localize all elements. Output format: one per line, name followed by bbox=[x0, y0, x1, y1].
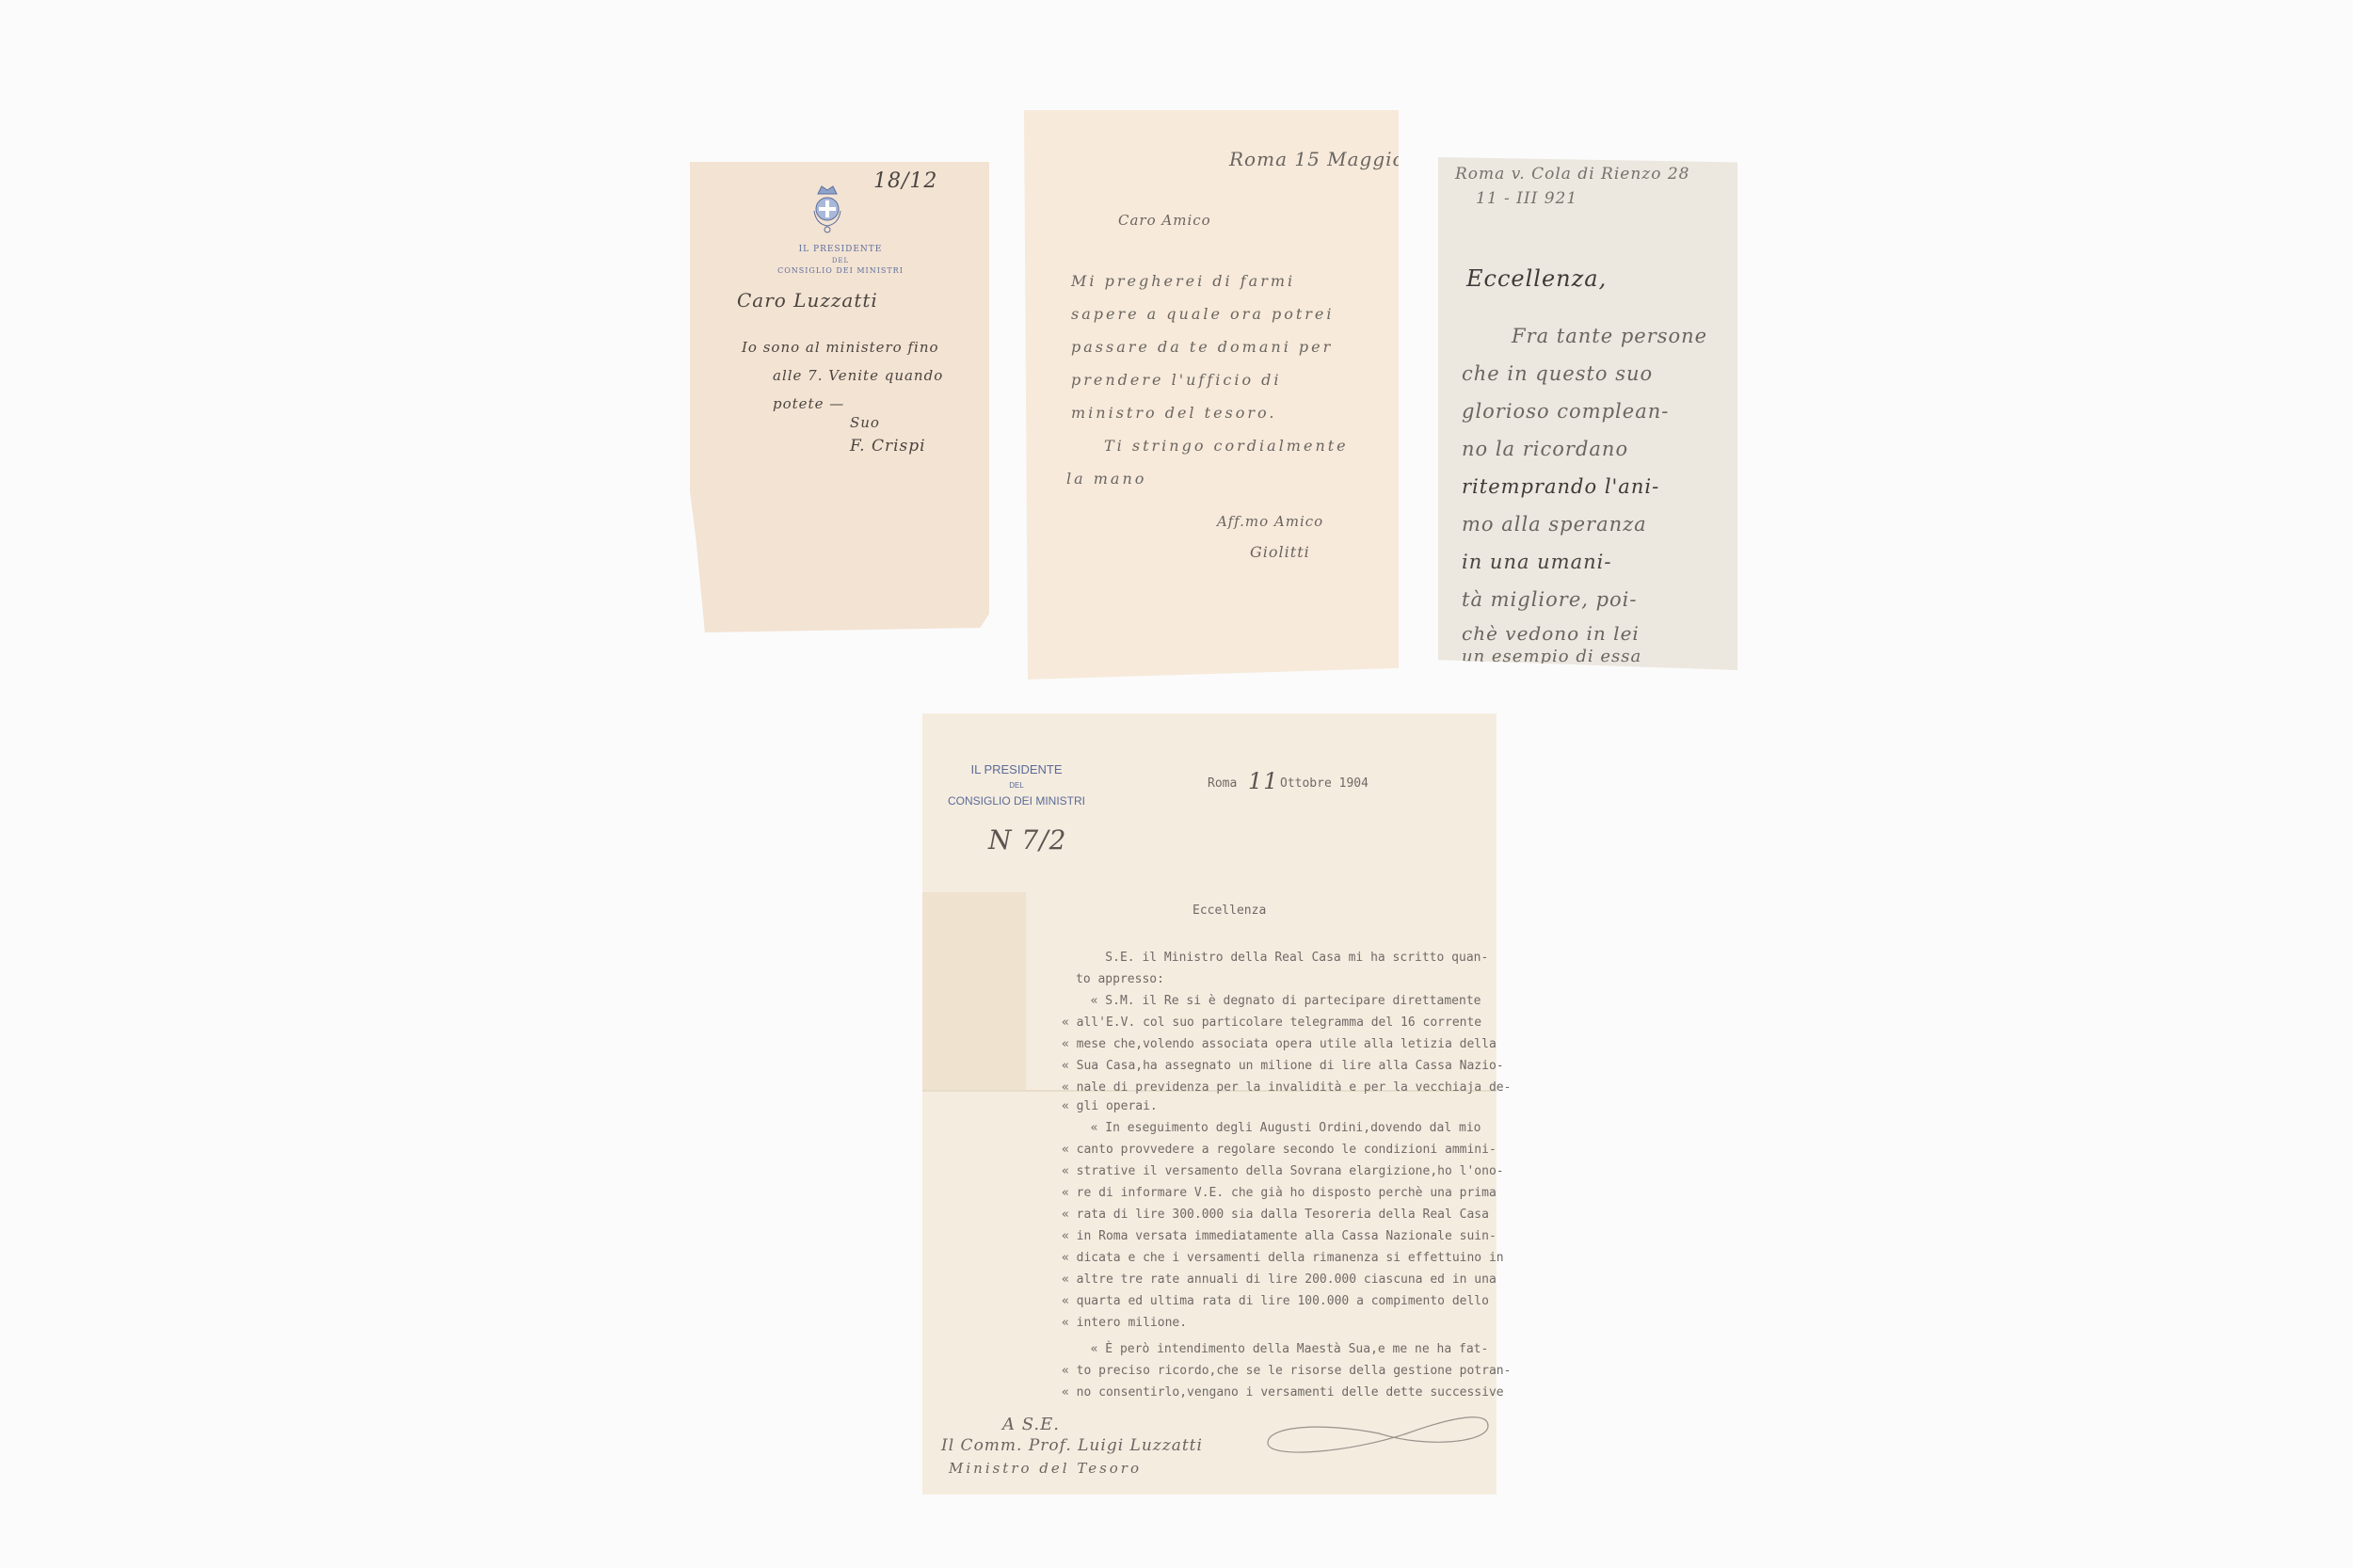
salutation: Caro Luzzatti bbox=[737, 289, 878, 312]
body-line: « in Roma versata immediatamente alla Ca… bbox=[1062, 1229, 1497, 1243]
closing: Aff.mo Amico bbox=[1217, 513, 1323, 530]
protocol-number: N 7/2 bbox=[988, 824, 1066, 856]
body-line: no la ricordano bbox=[1462, 438, 1628, 460]
signature: F. Crispi bbox=[850, 437, 926, 456]
letter-date: 18/12 bbox=[873, 169, 937, 193]
addressee-line3: Ministro del Tesoro bbox=[949, 1460, 1142, 1477]
body-line: « altre tre rate annuali di lire 200.000… bbox=[1062, 1272, 1497, 1287]
body-line: « Sua Casa,ha assegnato un milione di li… bbox=[1062, 1059, 1504, 1073]
body-line: che in questo suo bbox=[1462, 362, 1653, 385]
letter-typed-1904: IL PRESIDENTE DEL CONSIGLIO DEI MINISTRI… bbox=[922, 713, 1497, 1495]
letterhead-line1: IL PRESIDENTE bbox=[951, 762, 1082, 776]
letter-date: 11 - III 921 bbox=[1476, 189, 1577, 208]
body-line: ritemprando l'ani- bbox=[1462, 475, 1659, 498]
body-line: to appresso: bbox=[1076, 972, 1164, 986]
body-line: S.E. il Ministro della Real Casa mi ha s… bbox=[1076, 951, 1488, 965]
body-line: chè vedono in lei bbox=[1462, 622, 1640, 645]
addressee-line1: A S.E. bbox=[1002, 1415, 1060, 1434]
fold-shadow bbox=[922, 892, 1026, 1090]
body-line: « mese che,volendo associata opera utile… bbox=[1062, 1037, 1497, 1051]
letter-crispi: IL PRESIDENTE DEL CONSIGLIO DEI MINISTRI… bbox=[690, 162, 989, 632]
body-line: « all'E.V. col suo particolare telegramm… bbox=[1062, 1016, 1481, 1030]
body-line: ministro del tesoro. bbox=[1071, 404, 1276, 422]
body-line: « re di informare V.E. che già ho dispos… bbox=[1062, 1186, 1497, 1200]
addressee-line2: Il Comm. Prof. Luigi Luzzatti bbox=[941, 1436, 1203, 1455]
body-line: « In eseguimento degli Augusti Ordini,do… bbox=[1076, 1121, 1481, 1135]
salutation: Eccellenza bbox=[1193, 904, 1266, 918]
body-line: « gli operai. bbox=[1062, 1099, 1158, 1113]
body-line: Ti stringo cordialmente bbox=[1104, 437, 1349, 455]
flourish-ornament bbox=[1266, 1405, 1492, 1462]
letter-address-1921: Roma v. Cola di Rienzo 28 11 - III 921 E… bbox=[1438, 157, 1737, 670]
body-line: Fra tante persone bbox=[1512, 325, 1707, 347]
body-line: sapere a quale ora potrei bbox=[1071, 305, 1335, 323]
body-line: « dicata e che i versamenti della rimane… bbox=[1062, 1251, 1504, 1265]
body-line: Mi pregherei di farmi bbox=[1071, 272, 1295, 290]
salutation: Eccellenza, bbox=[1466, 265, 1607, 292]
body-line: potete — bbox=[773, 395, 844, 412]
body-line: glorioso complean- bbox=[1462, 400, 1669, 423]
date-day: 11 bbox=[1248, 768, 1279, 794]
signature: Giolitti bbox=[1250, 543, 1310, 561]
body-line: « nale di previdenza per la invalidità e… bbox=[1062, 1080, 1511, 1095]
body-line: « È però intendimento della Maestà Sua,e… bbox=[1076, 1342, 1488, 1356]
body-line: « strative il versamento della Sovrana e… bbox=[1062, 1164, 1504, 1178]
letterhead-line3: CONSIGLIO DEI MINISTRI bbox=[746, 266, 935, 275]
body-line: mo alla speranza bbox=[1462, 513, 1647, 536]
letter-address: Roma v. Cola di Rienzo 28 bbox=[1455, 165, 1690, 184]
body-line: passare da te domani per bbox=[1071, 338, 1333, 356]
date-rest: Ottobre 1904 bbox=[1280, 776, 1369, 791]
body-line: « to preciso ricordo,che se le risorse d… bbox=[1062, 1364, 1511, 1378]
body-line: Io sono al ministero fino bbox=[742, 339, 939, 356]
body-line: alle 7. Venite quando bbox=[773, 367, 943, 384]
letterhead-line2: DEL bbox=[951, 781, 1082, 790]
letterhead-line3: CONSIGLIO DEI MINISTRI bbox=[946, 794, 1087, 808]
body-line: « no consentirlo,vengano i versamenti de… bbox=[1062, 1385, 1504, 1400]
body-line: in una umani- bbox=[1462, 551, 1611, 573]
letter-date: Roma 15 Maggio 97 bbox=[1229, 148, 1437, 170]
body-line: « intero milione. bbox=[1062, 1316, 1187, 1330]
body-line: prendere l'ufficio di bbox=[1071, 371, 1282, 389]
body-line: « canto provvedere a regolare secondo le… bbox=[1062, 1143, 1497, 1157]
body-line: la mano bbox=[1066, 470, 1146, 488]
body-line: un esempio di essa bbox=[1462, 647, 1641, 666]
body-line: « quarta ed ultima rata di lire 100.000 … bbox=[1062, 1294, 1489, 1308]
letterhead-line2: DEL bbox=[746, 257, 935, 264]
body-line: tà migliore, poi- bbox=[1462, 588, 1638, 611]
letterhead-line1: IL PRESIDENTE bbox=[746, 245, 935, 254]
body-line: « rata di lire 300.000 sia dalla Tesorer… bbox=[1062, 1208, 1489, 1222]
royal-crest-icon bbox=[808, 183, 846, 239]
salutation: Caro Amico bbox=[1118, 212, 1211, 229]
closing: Suo bbox=[850, 414, 880, 431]
letter-giolitti: Roma 15 Maggio 97 Caro Amico Mi preghere… bbox=[1024, 110, 1399, 680]
body-line: « S.M. il Re si è degnato di partecipare… bbox=[1076, 994, 1481, 1008]
date-prefix: Roma bbox=[1208, 776, 1237, 791]
